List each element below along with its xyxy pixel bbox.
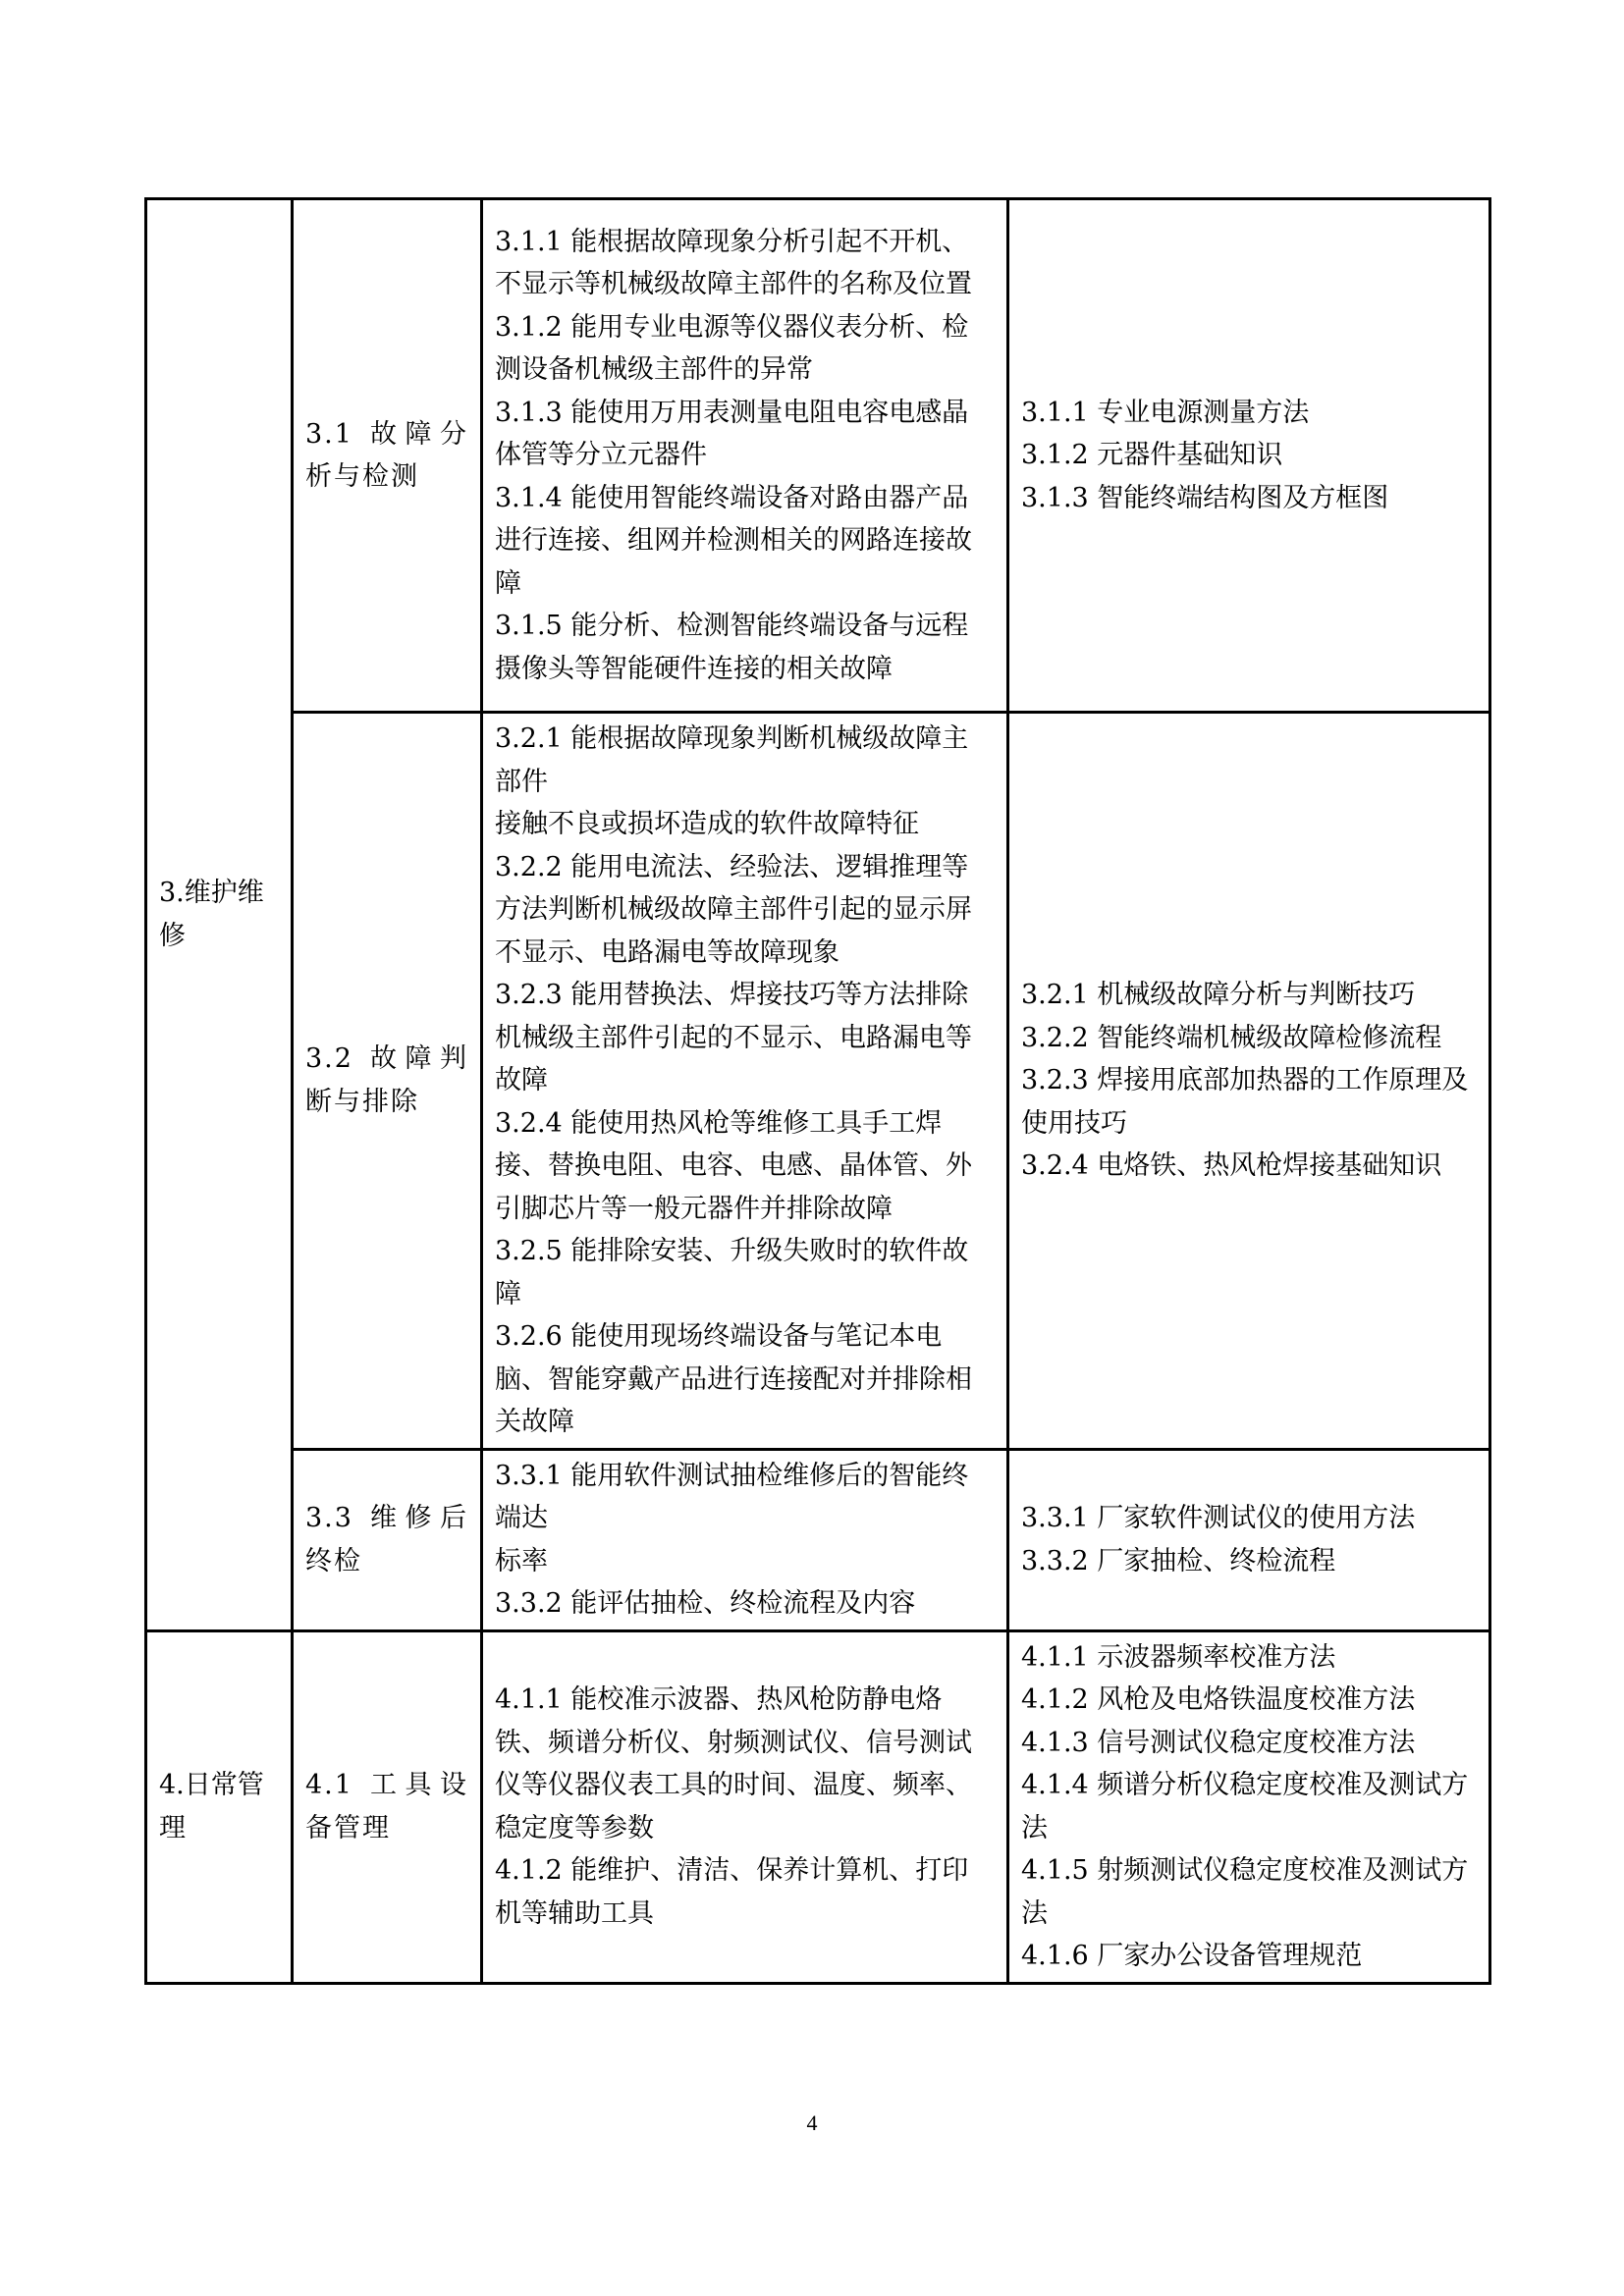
skills-standard-table: 3.维护维修 3.1 故障分析与检测 3.1.1 能根据故障现象分析引起不开机、… [144,197,1491,1985]
category-label: 4.日常管理 [159,1770,264,1843]
knowledge-item: 4.1.6 厂家办公设备管理规范 [1021,1935,1477,1978]
skills-cell: 4.1.1 能校准示波器、热风枪防静电烙铁、频谱分析仪、射频测试仪、信号测试仪等… [482,1630,1008,1983]
table-row: 4.日常管理 4.1 工具设备管理 4.1.1 能校准示波器、热风枪防静电烙铁、… [146,1630,1490,1983]
skill-item: 3.2.1 能根据故障现象判断机械级故障主部件 [495,718,995,803]
category-label: 3.维护维修 [159,878,264,951]
knowledge-cell: 3.2.1 机械级故障分析与判断技巧 3.2.2 智能终端机械级故障检修流程 3… [1008,713,1490,1450]
unit-cell: 3.2 故障判断与排除 [293,713,482,1450]
knowledge-item: 3.1.1 专业电源测量方法 [1021,392,1477,435]
category-cell: 3.维护维修 [146,199,293,1631]
unit-cell: 4.1 工具设备管理 [293,1630,482,1983]
skill-item: 3.2.3 能用替换法、焊接技巧等方法排除机械级主部件引起的不显示、电路漏电等故… [495,974,995,1102]
skills-cell: 3.2.1 能根据故障现象判断机械级故障主部件 接触不良或损坏造成的软件故障特征… [482,713,1008,1450]
knowledge-item: 3.1.2 元器件基础知识 [1021,434,1477,477]
skill-item: 3.2.2 能用电流法、经验法、逻辑推理等方法判断机械级故障主部件引起的显示屏不… [495,846,995,975]
skill-item: 接触不良或损坏造成的软件故障特征 [495,803,995,846]
skills-cell: 3.3.1 能用软件测试抽检维修后的智能终端达 标率 3.3.2 能评估抽检、终… [482,1449,1008,1630]
category-cell: 4.日常管理 [146,1630,293,1983]
skill-item: 3.3.1 能用软件测试抽检维修后的智能终端达 [495,1455,995,1540]
knowledge-item: 4.1.5 射频测试仪稳定度校准及测试方法 [1021,1849,1477,1935]
unit-label: 3.3 维修后终检 [305,1503,468,1576]
knowledge-item: 4.1.4 频谱分析仪稳定度校准及测试方法 [1021,1764,1477,1849]
table-row: 3.2 故障判断与排除 3.2.1 能根据故障现象判断机械级故障主部件 接触不良… [146,713,1490,1450]
unit-label: 3.1 故障分析与检测 [305,419,468,493]
knowledge-item: 3.3.1 厂家软件测试仪的使用方法 [1021,1497,1477,1540]
table-row: 3.3 维修后终检 3.3.1 能用软件测试抽检维修后的智能终端达 标率 3.3… [146,1449,1490,1630]
skill-item: 4.1.2 能维护、清洁、保养计算机、打印机等辅助工具 [495,1849,995,1935]
unit-label: 4.1 工具设备管理 [305,1770,468,1843]
skill-item: 3.2.4 能使用热风枪等维修工具手工焊接、替换电阻、电容、电感、晶体管、外引脚… [495,1102,995,1231]
table-row: 3.维护维修 3.1 故障分析与检测 3.1.1 能根据故障现象分析引起不开机、… [146,199,1490,713]
skill-item: 4.1.1 能校准示波器、热风枪防静电烙铁、频谱分析仪、射频测试仪、信号测试仪等… [495,1679,995,1849]
knowledge-item: 4.1.1 示波器频率校准方法 [1021,1636,1477,1680]
knowledge-item: 3.3.2 厂家抽检、终检流程 [1021,1540,1477,1583]
knowledge-cell: 3.1.1 专业电源测量方法 3.1.2 元器件基础知识 3.1.3 智能终端结… [1008,199,1490,713]
knowledge-item: 3.2.3 焊接用底部加热器的工作原理及使用技巧 [1021,1059,1477,1145]
unit-label: 3.2 故障判断与排除 [305,1043,468,1117]
skill-item: 3.1.1 能根据故障现象分析引起不开机、不显示等机械级故障主部件的名称及位置 [495,221,995,306]
skill-item: 标率 [495,1540,995,1583]
skills-cell: 3.1.1 能根据故障现象分析引起不开机、不显示等机械级故障主部件的名称及位置 … [482,199,1008,713]
knowledge-item: 3.2.1 机械级故障分析与判断技巧 [1021,974,1477,1017]
knowledge-item: 4.1.3 信号测试仪稳定度校准方法 [1021,1722,1477,1765]
unit-cell: 3.3 维修后终检 [293,1449,482,1630]
skill-item: 3.2.5 能排除安装、升级失败时的软件故障 [495,1230,995,1315]
skill-item: 3.3.2 能评估抽检、终检流程及内容 [495,1582,995,1626]
document-page: 3.维护维修 3.1 故障分析与检测 3.1.1 能根据故障现象分析引起不开机、… [0,0,1624,2296]
knowledge-item: 3.1.3 智能终端结构图及方框图 [1021,477,1477,520]
skill-item: 3.1.5 能分析、检测智能终端设备与远程摄像头等智能硬件连接的相关故障 [495,605,995,690]
knowledge-item: 4.1.2 风枪及电烙铁温度校准方法 [1021,1679,1477,1722]
knowledge-item: 3.2.4 电烙铁、热风枪焊接基础知识 [1021,1145,1477,1188]
skill-item: 3.1.3 能使用万用表测量电阻电容电感晶体管等分立元器件 [495,392,995,477]
page-number: 4 [0,2110,1624,2136]
knowledge-item: 3.2.2 智能终端机械级故障检修流程 [1021,1017,1477,1060]
skill-item: 3.1.4 能使用智能终端设备对路由器产品进行连接、组网并检测相关的网路连接故障 [495,477,995,606]
knowledge-cell: 3.3.1 厂家软件测试仪的使用方法 3.3.2 厂家抽检、终检流程 [1008,1449,1490,1630]
knowledge-cell: 4.1.1 示波器频率校准方法 4.1.2 风枪及电烙铁温度校准方法 4.1.3… [1008,1630,1490,1983]
skill-item: 3.2.6 能使用现场终端设备与笔记本电脑、智能穿戴产品进行连接配对并排除相关故… [495,1315,995,1444]
skill-item: 3.1.2 能用专业电源等仪器仪表分析、检测设备机械级主部件的异常 [495,306,995,392]
unit-cell: 3.1 故障分析与检测 [293,199,482,713]
